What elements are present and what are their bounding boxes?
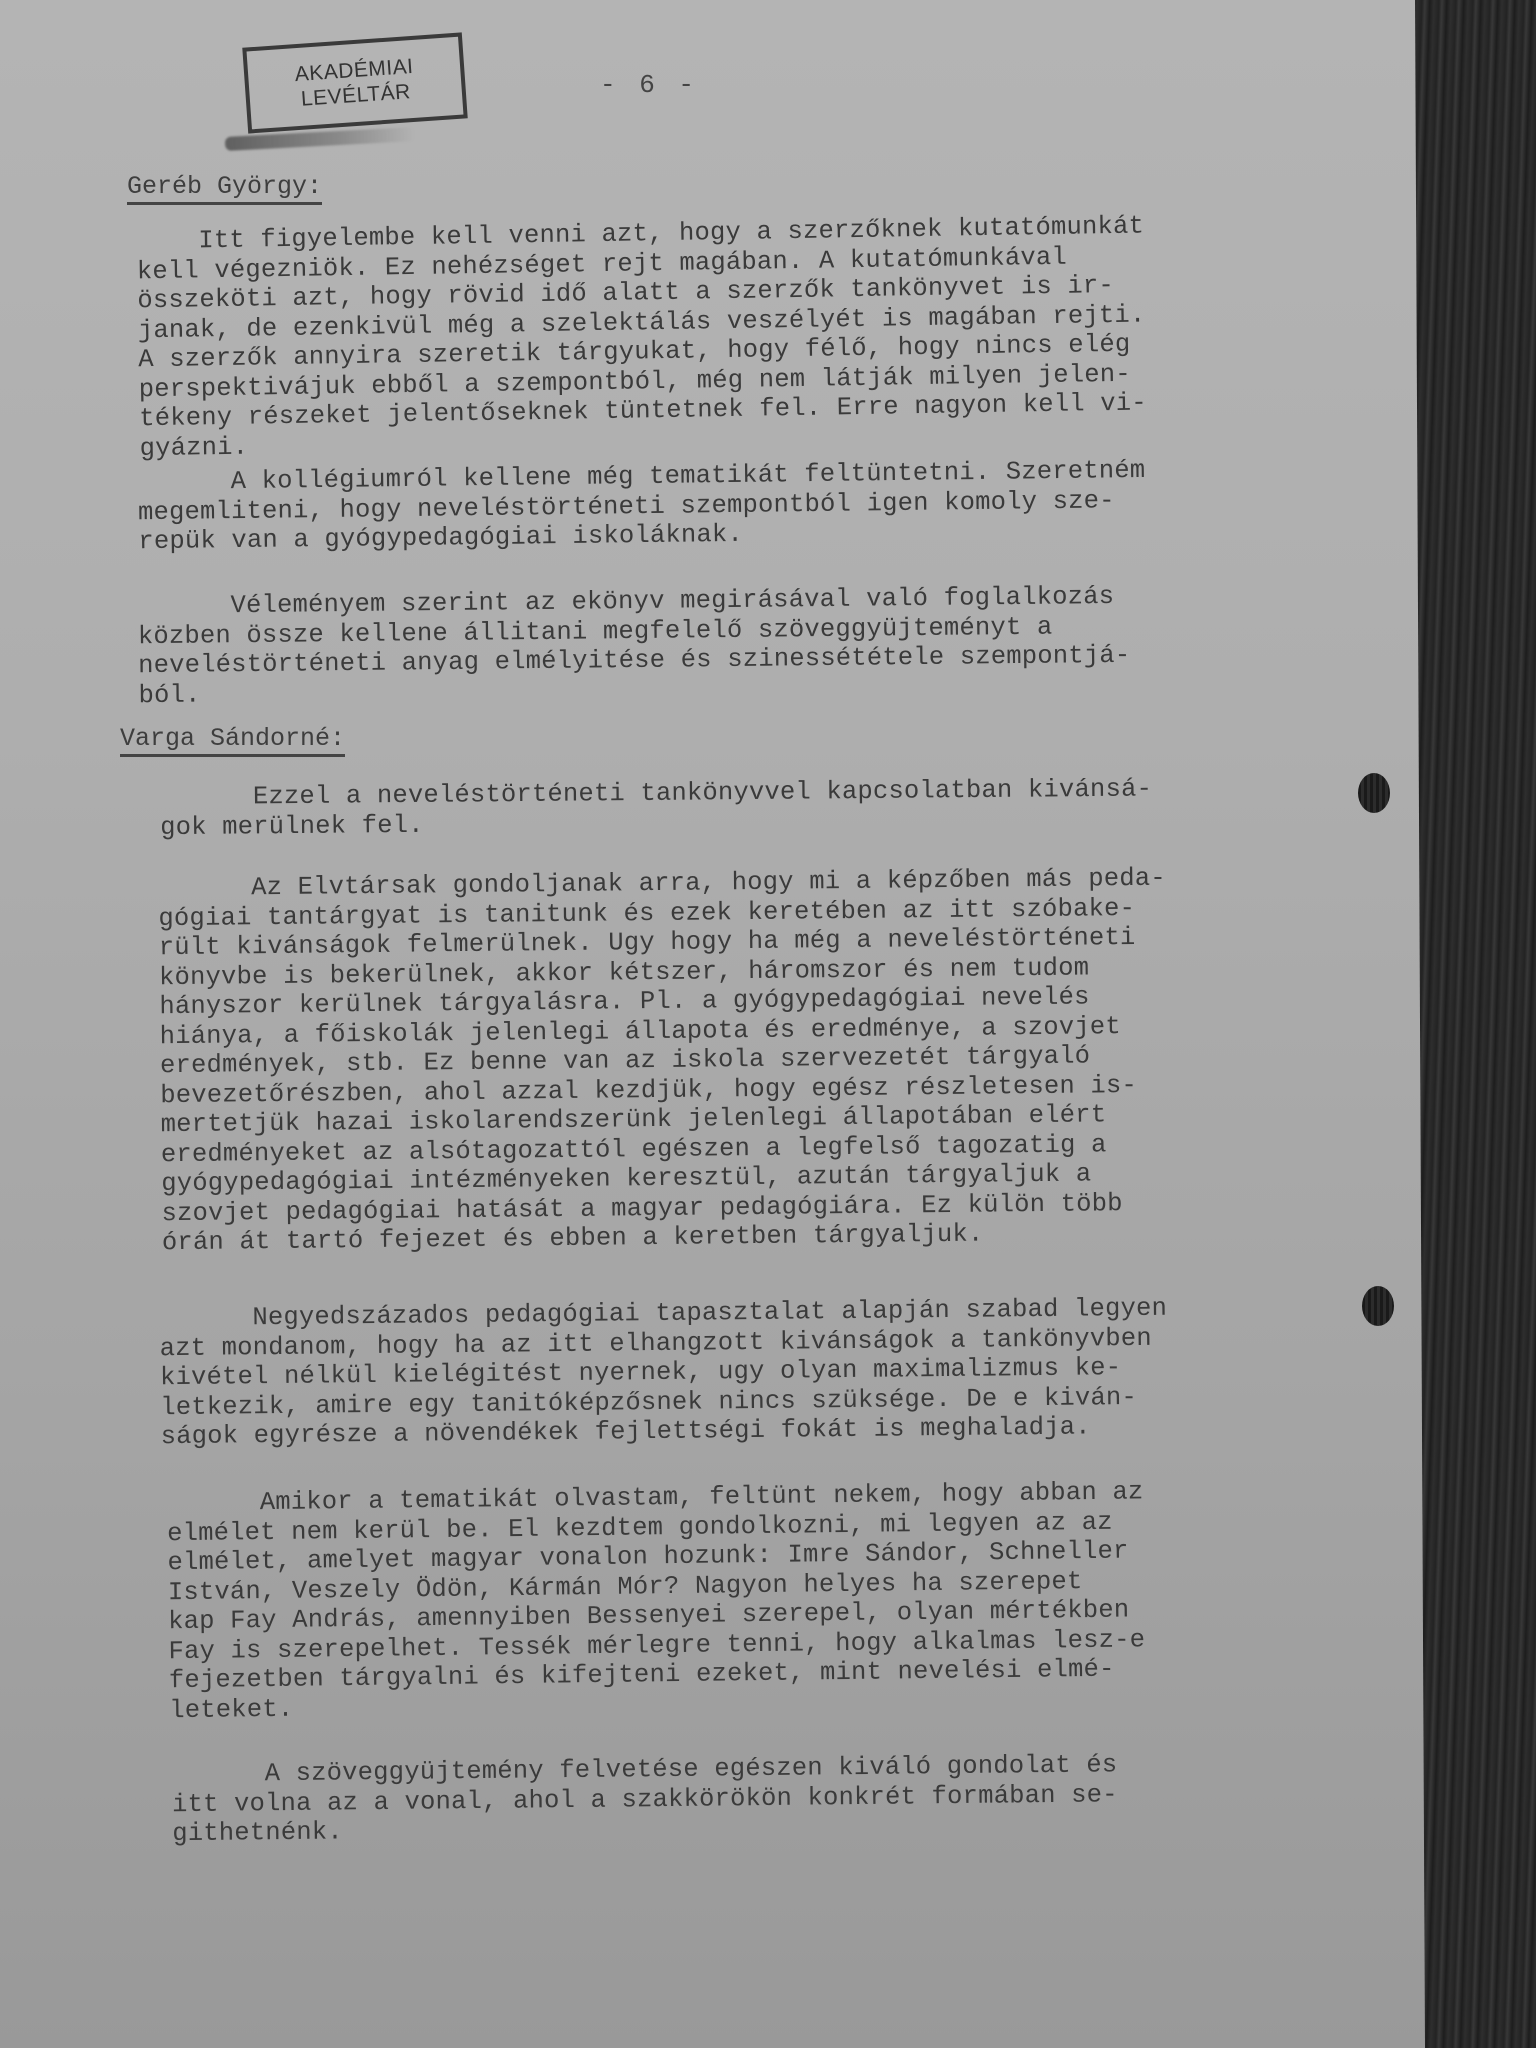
- paragraph: Véleményem szerint az ekönyv megirásával…: [137, 580, 1323, 710]
- paragraph: A kollégiumról kellene még tematikát fel…: [138, 454, 1324, 557]
- paragraph: Az Elvtársak gondoljanak arra, hogy mi a…: [158, 862, 1347, 1258]
- page-number: - 6 -: [600, 70, 698, 100]
- paragraph: Itt figyelembe kell venni azt, hogy a sz…: [136, 209, 1325, 464]
- archive-stamp: AKADÉMIAI LEVÉLTÁR: [242, 32, 467, 133]
- punch-hole: [1358, 773, 1390, 813]
- paragraph: Ezzel a neveléstörténeti tankönyvvel kap…: [160, 773, 1345, 842]
- speaker-name: Geréb György:: [127, 172, 322, 205]
- paragraph: A szöveggyüjtemény felvetése egészen kiv…: [172, 1748, 1358, 1849]
- paragraph: Amikor a tematikát olvastam, feltünt nek…: [167, 1475, 1355, 1725]
- document-page: AKADÉMIAI LEVÉLTÁR - 6 - Geréb György: I…: [0, 0, 1425, 2048]
- paragraph: Negyedszázados pedagógiai tapasztalat al…: [159, 1292, 1345, 1452]
- punch-hole: [1362, 1286, 1394, 1326]
- speaker-name: Varga Sándorné:: [120, 724, 345, 757]
